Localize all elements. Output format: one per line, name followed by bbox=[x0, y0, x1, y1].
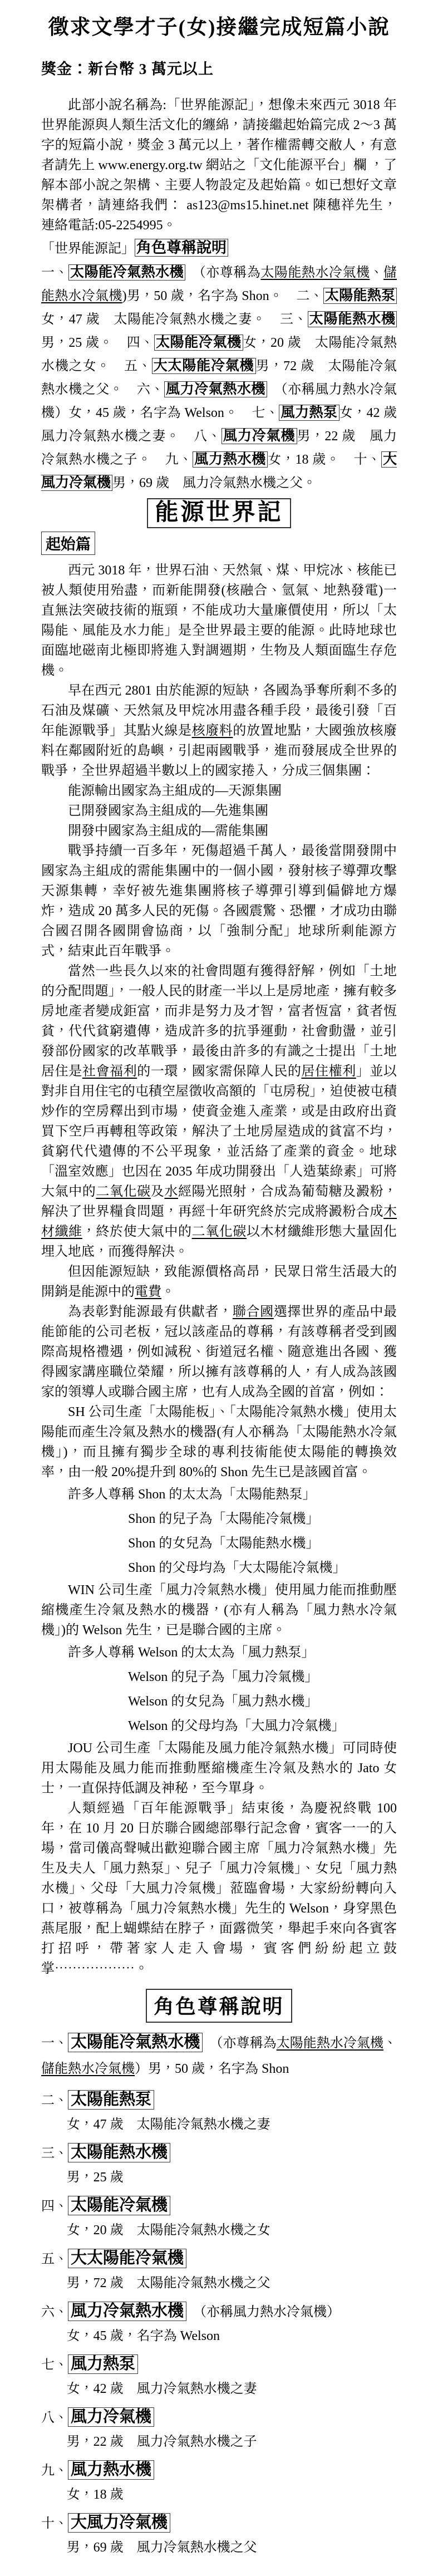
role-name: 風力冷氣機 bbox=[68, 2407, 154, 2427]
role-name-line: 九、風力熱水機 bbox=[41, 2457, 397, 2484]
role-name: 太陽能熱泵 bbox=[68, 2090, 154, 2110]
role-item: 十、大風力冷氣機 男，69 歲 風力冷氣熱水機之父 bbox=[41, 2510, 397, 2558]
role-number: 九、 bbox=[41, 2464, 68, 2478]
honorific-line: Shon 的女兒為「太陽能熱水機」 bbox=[41, 1531, 397, 1556]
roles-list: 一、太陽能冷氣熱水機 （亦尊稱為太陽能熱水冷氣機、儲能熱水冷氣機）男，50 歲，… bbox=[41, 2029, 397, 2558]
role-name: 大太陽能冷氣機 bbox=[68, 2249, 186, 2268]
role-name: 太陽能冷氣熱水機 bbox=[68, 2033, 203, 2052]
character-summary-paragraph: 一、太陽能冷氣熱水機 （亦尊稱為太陽能熱水冷氣機、儲能熱水冷氣機)男，50 歲，… bbox=[41, 261, 397, 495]
role-number: 十、 bbox=[41, 2516, 68, 2531]
role-item: 九、風力熱水機 女，18 歲 bbox=[41, 2457, 397, 2505]
role-description: 男，72 歲 太陽能冷氣熱水機之父 bbox=[41, 2273, 397, 2293]
role-name: 風力冷氣熱水機 bbox=[68, 2302, 186, 2321]
role-number: 一、 bbox=[41, 2036, 68, 2051]
novel-paragraph-4: 當然一些長久以來的社會問題有獲得舒解，例如「土地的分配問題」，一般人民的財產一半… bbox=[41, 961, 397, 1262]
role-description: 男，69 歲 風力冷氣熱水機之父 bbox=[41, 2538, 397, 2558]
role-item: 三、太陽能熱水機 男，25 歲 bbox=[41, 2140, 397, 2187]
roles-intro-line: 「世界能源記」角色尊稱說明 bbox=[41, 235, 397, 261]
intro-paragraph: 此部小說名稱為:「世界能源記」，想像未來西元 3018 年世界能源與人類生活文化… bbox=[41, 95, 397, 235]
chapter-label: 起始篇 bbox=[41, 532, 95, 555]
honorific-line: Welson 的女兒為「風力熱水機」 bbox=[41, 1689, 397, 1714]
role-name: 風力熱泵 bbox=[68, 2354, 138, 2374]
role-description: 女，42 歲 風力冷氣熱水機之妻 bbox=[41, 2379, 397, 2399]
role-description: 女，20 歲 太陽能冷氣熱水機之女 bbox=[41, 2220, 397, 2240]
role-description: 女，18 歲 bbox=[41, 2485, 397, 2505]
novel-paragraph-3: 戰爭持續一百多年，死傷超過千萬人，最後當開發開中國家為主組成的需能集團中的一個小… bbox=[41, 841, 397, 961]
roles-section-title: 角色尊稱說明 bbox=[146, 1989, 292, 2023]
role-item: 一、太陽能冷氣熱水機 （亦尊稱為太陽能熱水冷氣機、儲能熱水冷氣機）男，50 歲，… bbox=[41, 2029, 397, 2082]
role-name-line: 五、大太陽能冷氣機 bbox=[41, 2245, 397, 2272]
role-number: 六、 bbox=[41, 2305, 68, 2319]
role-name-line: 七、風力熱泵 bbox=[41, 2351, 397, 2378]
role-name: 太陽能熱水機 bbox=[68, 2143, 170, 2162]
role-description: 男，25 歲 bbox=[41, 2167, 397, 2187]
role-note: （亦稱風力熱水冷氣機） bbox=[186, 2305, 340, 2319]
role-name-line: 八、風力冷氣機 bbox=[41, 2404, 397, 2431]
role-number: 二、 bbox=[41, 2093, 68, 2108]
role-number: 八、 bbox=[41, 2411, 68, 2425]
novel-paragraph-10: 人類經過「百年能源戰爭」結束後，為慶祝終戰 100 年，在 10 月 20 日於… bbox=[41, 1798, 397, 1979]
novel-title: 能源世界記 bbox=[147, 498, 291, 528]
novel-paragraph-9: JOU 公司生產「太陽能及風力能冷氣熱水機」可同時使用太陽能及風力能而推動壓縮機… bbox=[41, 1738, 397, 1798]
faction-list: 能源輸出國家為主組成的—天源集團 已開發國家為主組成的—先進集團 開發中國家為主… bbox=[41, 781, 397, 841]
novel-paragraph-6: 為表彰對能源最有供獻者，聯合國選擇世界的產品中最能節能的公司老板，冠以該產品的尊… bbox=[41, 1302, 397, 1402]
role-item: 八、風力冷氣機 男，22 歲 風力冷氣熱水機之子 bbox=[41, 2404, 397, 2452]
role-name-line: 一、太陽能冷氣熱水機 （亦尊稱為太陽能熱水冷氣機、儲能熱水冷氣機）男，50 歲，… bbox=[41, 2029, 397, 2082]
honorific-line: Welson 的兒子為「風力冷氣機」 bbox=[41, 1665, 397, 1689]
prize-line: 獎金：新台幣 3 萬元以上 bbox=[41, 57, 397, 78]
role-number: 五、 bbox=[41, 2252, 68, 2267]
novel-paragraph-1: 西元 3018 年，世界石油、天然氣、煤、甲烷冰、核能已被人類使用殆盡，而新能開… bbox=[41, 561, 397, 681]
honorific-line: Shon 的父母均為「大太陽能冷氣機」 bbox=[41, 1556, 397, 1580]
role-description: 女，47 歲 太陽能冷氣熱水機之妻 bbox=[41, 2115, 397, 2135]
honorific-line: Shon 的兒子為「太陽能冷氣機」 bbox=[41, 1507, 397, 1531]
document-page: 徵求文學才子(女)接繼完成短篇小說 獎金：新台幣 3 萬元以上 此部小說名稱為:… bbox=[0, 0, 428, 2576]
novel-paragraph-5: 但因能源短缺，致能源價格高昂，民眾日常生活最大的開銷是能源中的電費。 bbox=[41, 1262, 397, 1302]
page-title: 徵求文學才子(女)接繼完成短篇小說 bbox=[41, 10, 397, 40]
role-name-line: 四、太陽能冷氣機 bbox=[41, 2192, 397, 2219]
novel-title-block: 能源世界記 bbox=[41, 498, 397, 528]
welson-honorific-lead: 許多人尊稱 Welson 的太太為「風力熱泵」 bbox=[41, 1640, 397, 1665]
role-number: 三、 bbox=[41, 2146, 68, 2161]
faction-line: 開發中國家為主組成的—需能集團 bbox=[41, 821, 397, 841]
role-description: 女，45 歲，名字為 Welson bbox=[41, 2326, 397, 2346]
faction-line: 已開發國家為主組成的—先進集團 bbox=[41, 801, 397, 821]
welson-honorific-list: Welson 的兒子為「風力冷氣機」 Welson 的女兒為「風力熱水機」 We… bbox=[41, 1665, 397, 1738]
role-number: 四、 bbox=[41, 2199, 68, 2214]
honorific-line: Welson 的父母均為「大風力冷氣機」 bbox=[41, 1714, 397, 1738]
role-item: 六、風力冷氣熱水機 （亦稱風力熱水冷氣機） 女，45 歲，名字為 Welson bbox=[41, 2298, 397, 2346]
chapter-label-block: 起始篇 bbox=[41, 532, 397, 561]
role-name-line: 三、太陽能熱水機 bbox=[41, 2140, 397, 2166]
role-item: 四、太陽能冷氣機 女，20 歲 太陽能冷氣熱水機之女 bbox=[41, 2192, 397, 2240]
role-item: 五、大太陽能冷氣機 男，72 歲 太陽能冷氣熱水機之父 bbox=[41, 2245, 397, 2293]
role-name: 風力熱水機 bbox=[68, 2460, 154, 2480]
role-item: 二、太陽能熱泵 女，47 歲 太陽能冷氣熱水機之妻 bbox=[41, 2087, 397, 2135]
role-name: 大風力冷氣機 bbox=[68, 2513, 170, 2533]
faction-line: 能源輸出國家為主組成的—天源集團 bbox=[41, 781, 397, 801]
role-item: 七、風力熱泵 女，42 歲 風力冷氣熱水機之妻 bbox=[41, 2351, 397, 2399]
role-number: 七、 bbox=[41, 2358, 68, 2372]
role-name-line: 二、太陽能熱泵 bbox=[41, 2087, 397, 2113]
role-name-line: 六、風力冷氣熱水機 （亦稱風力熱水冷氣機） bbox=[41, 2298, 397, 2325]
roles-section-title-block: 角色尊稱說明 bbox=[41, 1989, 397, 2023]
novel-paragraph-7: SH 公司生產「太陽能板」、「太陽能冷氣熱水機」使用太陽能而產生冷氣及熱水的機器… bbox=[41, 1402, 397, 1482]
novel-paragraph-2: 早在西元 2801 由於能源的短缺，各國為爭奪所剩不多的石油及煤礦、天然氣及甲烷… bbox=[41, 681, 397, 781]
shon-honorific-lead: 許多人尊稱 Shon 的太太為「太陽能熱泵」 bbox=[41, 1482, 397, 1507]
role-name-line: 十、大風力冷氣機 bbox=[41, 2510, 397, 2536]
shon-honorific-list: Shon 的兒子為「太陽能冷氣機」 Shon 的女兒為「太陽能熱水機」 Shon… bbox=[41, 1507, 397, 1580]
role-name: 太陽能冷氣機 bbox=[68, 2196, 170, 2215]
novel-paragraph-8: WIN 公司生產「風力冷氣熱水機」使用風力能而推動壓縮機產生冷氣及熱水的機器，(… bbox=[41, 1580, 397, 1640]
role-description: 男，22 歲 風力冷氣熱水機之子 bbox=[41, 2432, 397, 2452]
